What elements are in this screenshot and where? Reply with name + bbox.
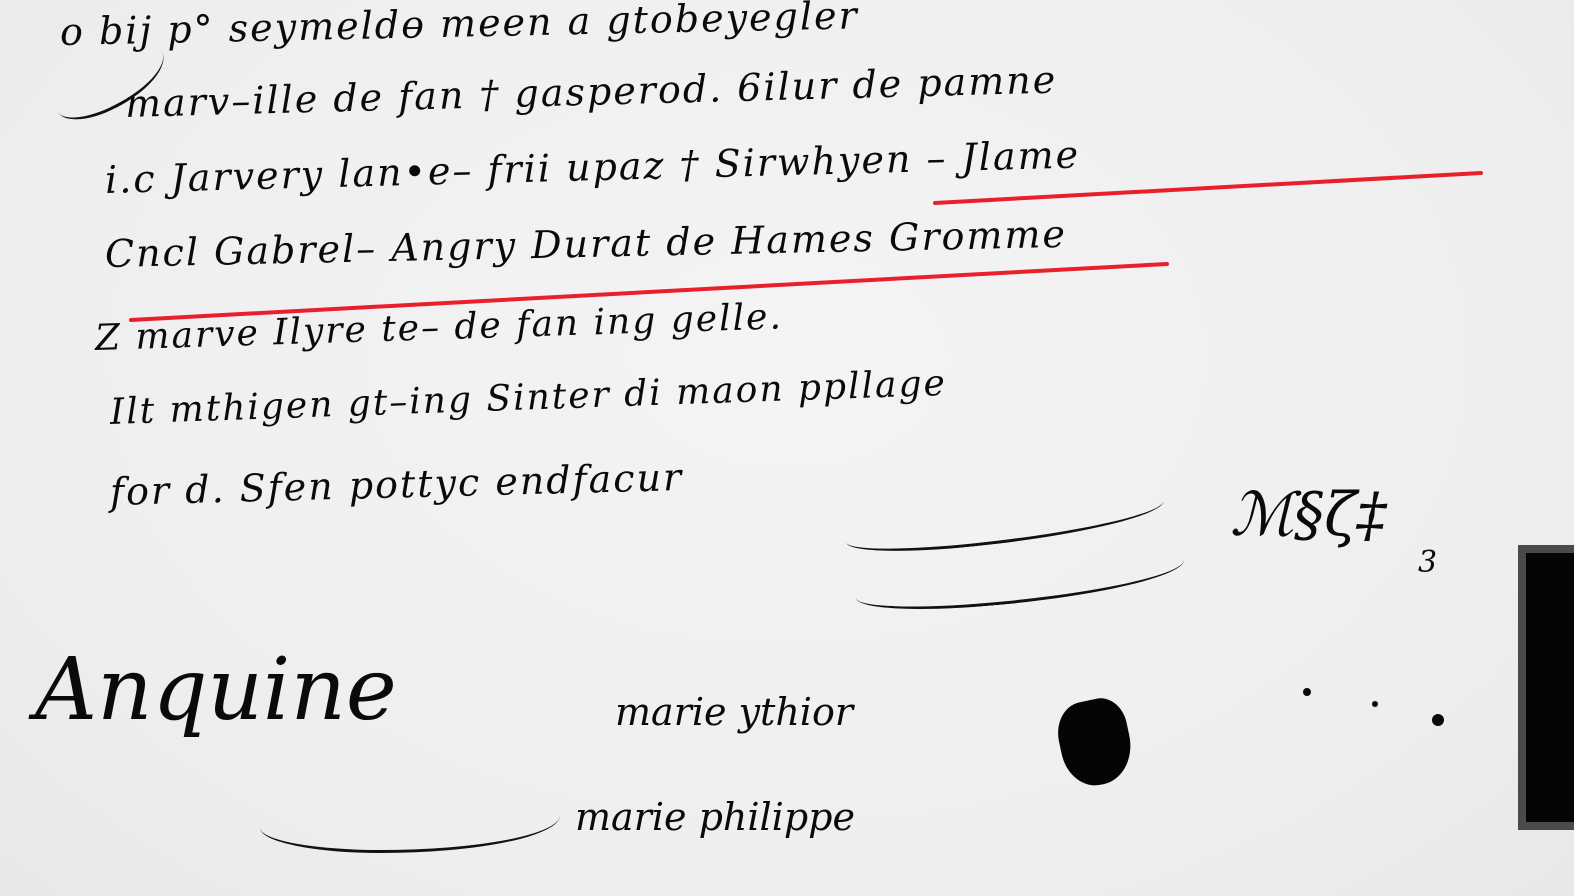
signature-anquine: Anquine (35, 640, 397, 740)
signature-marie-ythior: marie ythior (615, 690, 853, 734)
signature-flourish (260, 790, 560, 853)
dark-side-panel (1518, 545, 1574, 830)
ink-dot (1372, 701, 1378, 707)
paraph-number: 3 (1418, 545, 1437, 580)
signature-marie-philippe: marie philippe (575, 795, 855, 839)
manuscript-page: o bij p° seymeldɵ meen a gtobeyegler mar… (0, 0, 1574, 896)
ink-dot (1432, 714, 1444, 726)
manuscript-line-6: Ilt mthigen gt–ing Sinter di maon ppllag… (109, 363, 947, 433)
manuscript-line-4: Cncl Gabrel– Angry Durat de Hames Gromme (105, 212, 1068, 276)
red-annotation-layer (0, 0, 1574, 896)
manuscript-line-1: o bij p° seymeldɵ meen a gtobeyegler (60, 0, 860, 54)
ink-blot-mark (1052, 694, 1138, 792)
manuscript-line-7: for d. Sfen pottyc endfacur (109, 455, 683, 514)
manuscript-line-3: i.c Jarvery lan•e– frii upaz † Sirwhyen … (104, 132, 1080, 202)
ink-dot (1303, 688, 1311, 696)
underline-flourish (854, 541, 1187, 618)
notary-paraph: ℳ§ζ‡ (1230, 480, 1387, 550)
manuscript-line-5: Z marve Ilyre te– de fan ing gelle. (94, 296, 783, 359)
manuscript-line-2: marv–ille de fan † gasperod. 6ilur de pa… (124, 58, 1057, 126)
